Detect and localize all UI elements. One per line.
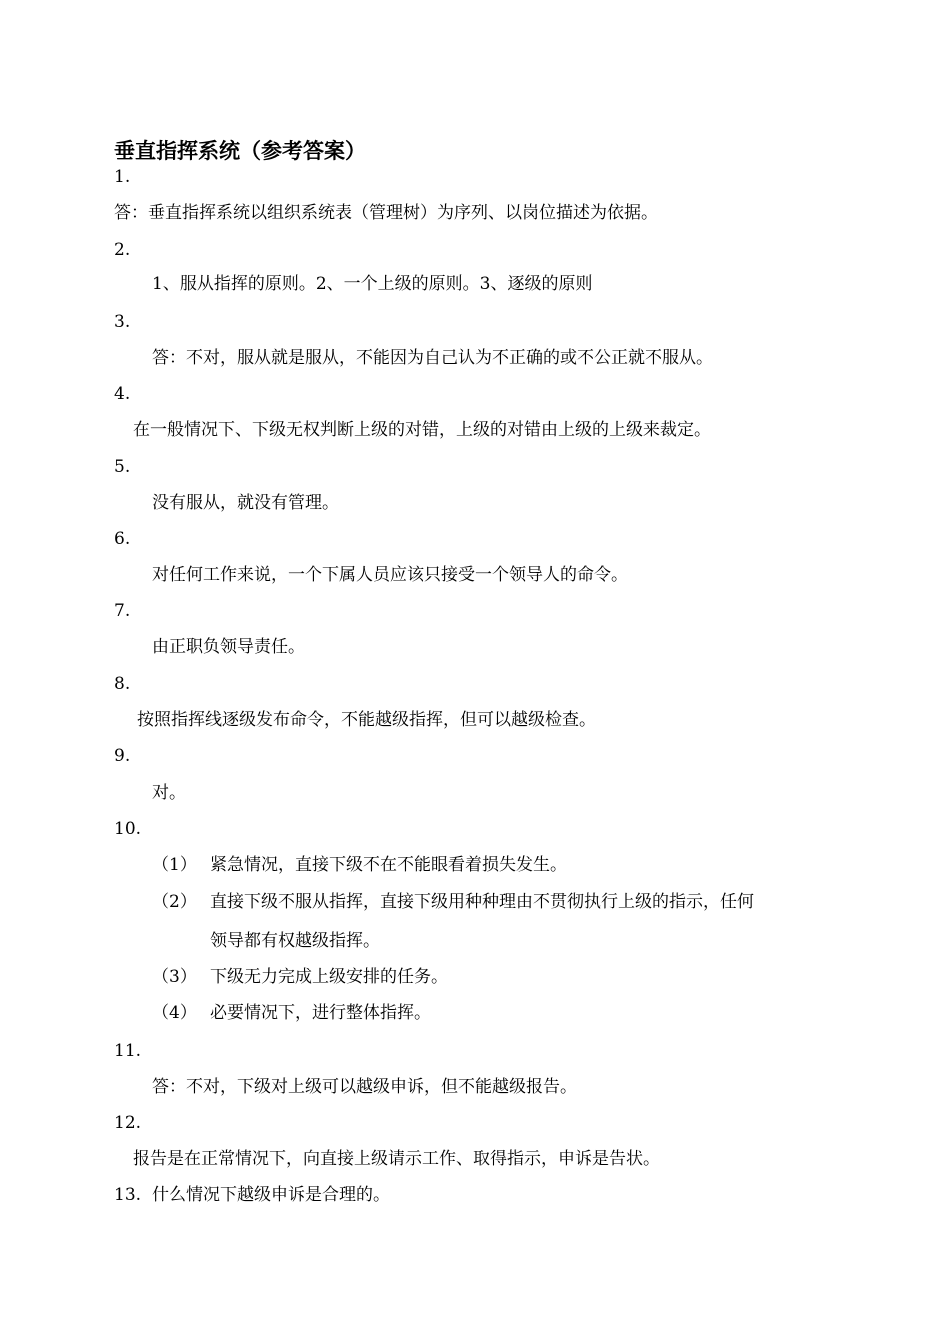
item-answer-11: 答：不对，下级对上级可以越级申诉，但不能越级报告。: [152, 1076, 577, 1098]
item-number-6: 6.: [114, 528, 130, 550]
item-answer-3: 答：不对，服从就是服从，不能因为自己认为不正确的或不公正就不服从。: [152, 347, 713, 369]
document-page: 垂直指挥系统（参考答案） 1. 答：垂直指挥系统以组织系统表（管理树）为序列、以…: [0, 0, 950, 1344]
subitem-label-3: （3）: [152, 966, 197, 988]
item-number-11: 11.: [114, 1040, 141, 1062]
item-question-13: 什么情况下越级申诉是合理的。: [152, 1184, 390, 1206]
item-answer-6: 对任何工作来说，一个下属人员应该只接受一个领导人的命令。: [152, 564, 628, 586]
item-number-8: 8.: [114, 673, 130, 695]
item-number-7: 7.: [114, 600, 130, 622]
item-answer-12: 报告是在正常情况下，向直接上级请示工作、取得指示，申诉是告状。: [133, 1148, 660, 1170]
item-number-13: 13.: [114, 1184, 141, 1206]
subitem-text-4: 必要情况下，进行整体指挥。: [210, 1002, 431, 1024]
item-number-5: 5.: [114, 456, 130, 478]
subitem-text-3: 下级无力完成上级安排的任务。: [210, 966, 448, 988]
subitem-text-1: 紧急情况，直接下级不在不能眼看着损失发生。: [210, 854, 567, 876]
item-answer-5: 没有服从，就没有管理。: [152, 492, 339, 514]
item-number-2: 2.: [114, 239, 130, 261]
item-number-3: 3.: [114, 311, 130, 333]
item-number-1: 1.: [114, 166, 130, 188]
item-answer-7: 由正职负领导责任。: [152, 636, 305, 658]
item-answer-2: 1、服从指挥的原则。2、一个上级的原则。3、逐级的原则: [152, 273, 592, 295]
item-answer-9: 对。: [152, 782, 186, 804]
document-title: 垂直指挥系统（参考答案）: [114, 137, 366, 165]
item-answer-1: 答：垂直指挥系统以组织系统表（管理树）为序列、以岗位描述为依据。: [114, 202, 658, 224]
item-answer-4: 在一般情况下、下级无权判断上级的对错，上级的对错由上级的上级来裁定。: [133, 419, 711, 441]
subitem-text-2-continued: 领导都有权越级指挥。: [210, 930, 380, 952]
subitem-label-4: （4）: [152, 1002, 197, 1024]
item-number-12: 12.: [114, 1112, 141, 1134]
subitem-label-1: （1）: [152, 854, 197, 876]
item-number-10: 10.: [114, 818, 141, 840]
item-number-9: 9.: [114, 745, 130, 767]
subitem-label-2: （2）: [152, 891, 197, 913]
subitem-text-2: 直接下级不服从指挥，直接下级用种种理由不贯彻执行上级的指示，任何: [210, 891, 754, 913]
item-answer-8: 按照指挥线逐级发布命令，不能越级指挥，但可以越级检查。: [137, 709, 596, 731]
item-number-4: 4.: [114, 383, 130, 405]
